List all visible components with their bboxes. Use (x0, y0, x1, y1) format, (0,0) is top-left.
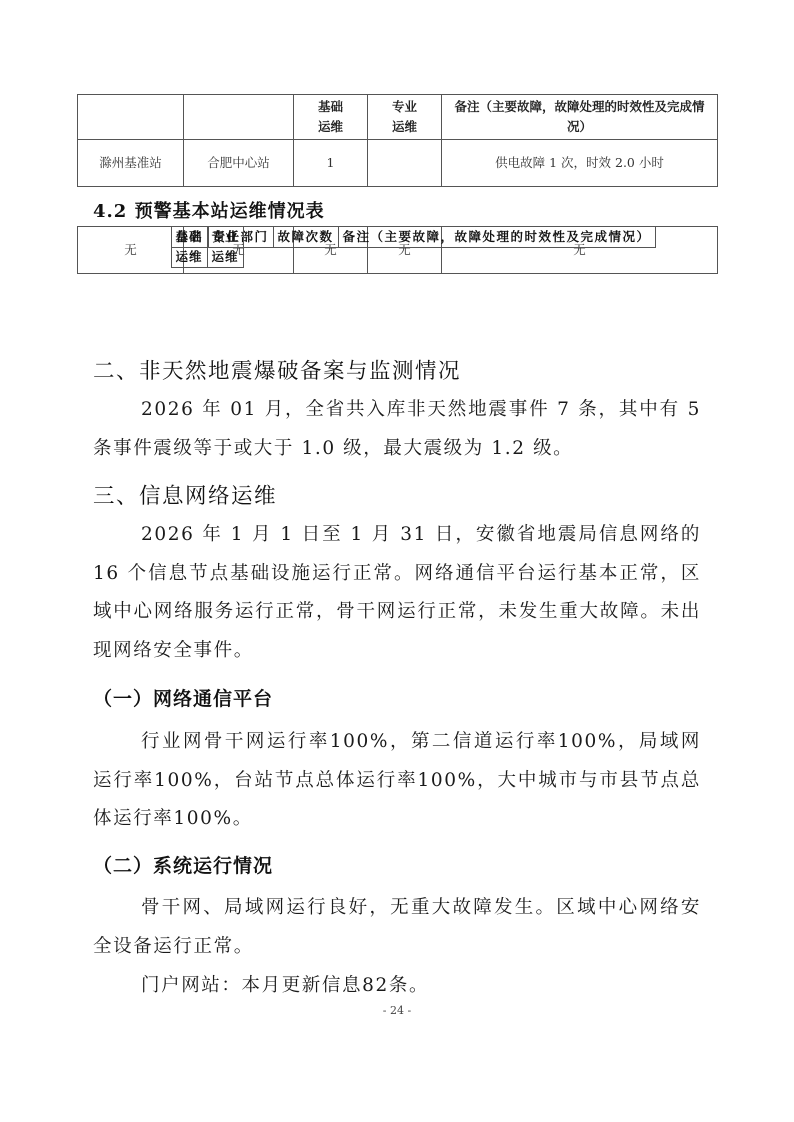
header-remarks: 备注（主要故障，故障处理的时效性及完成情况） (442, 95, 718, 140)
table-caption: 4.2 预警基本站运维情况表 (93, 197, 325, 223)
paragraph-blasting: 2026 年 01 月，全省共入库非天然地震事件 7 条，其中有 5 条事件震级… (93, 391, 701, 468)
header-professional-maintenance: 专业 运维 (207, 227, 243, 268)
subsection-heading-platform: （一）网络通信平台 (93, 684, 273, 711)
header-basic-maintenance: 基础 运维 (294, 95, 368, 140)
table-header-row: 基础 运维 专业 运维 备注（主要故障，故障处理的时效性及完成情况） (78, 95, 718, 140)
header-department (184, 95, 294, 140)
header-basic-maintenance-text: 基础 运维 (176, 229, 203, 264)
table-subheader-row: 基础 运维 专业 运维 (171, 226, 244, 270)
header-remarks: 备注（主要故障，故障处理的时效性及完成情况） (338, 227, 655, 248)
warning-station-maintenance-table: 台名 责任部门 故障次数 备注（主要故障，故障处理的时效性及完成情况） 基础 运… (77, 226, 718, 274)
paragraph-portal: 门户网站：本月更新信息82条。 (93, 967, 701, 1006)
paragraph-platform: 行业网骨干网运行率100%，第二信道运行率100%，局域网运行率100%，台站节… (93, 723, 701, 839)
cell-station: 滁州基准站 (78, 140, 184, 187)
cell-professional-maintenance (368, 140, 442, 187)
header-fault-count: 故障次数 (273, 227, 338, 248)
station-maintenance-table-continued: 基础 运维 专业 运维 备注（主要故障，故障处理的时效性及完成情况） 滁州基准站… (77, 94, 718, 187)
header-basic-maintenance: 基础 运维 (171, 227, 207, 268)
subsection-heading-system: （二）系统运行情况 (93, 851, 273, 878)
cell-remarks: 供电故障 1 次，时效 2.0 小时 (442, 140, 718, 187)
paragraph-system: 骨干网、局域网运行良好，无重大故障发生。区域中心网络安全设备运行正常。 (93, 889, 701, 966)
header-station (78, 95, 184, 140)
header-basic-maintenance-text: 基础 运维 (318, 99, 343, 134)
paragraph-network: 2026 年 1 月 1 日至 1 月 31 日，安徽省地震局信息网络的 16 … (93, 516, 701, 670)
section-heading-blasting: 二、非天然地震爆破备案与监测情况 (93, 354, 461, 385)
table-row: 滁州基准站 合肥中心站 1 供电故障 1 次，时效 2.0 小时 (78, 140, 718, 187)
section-heading-network: 三、信息网络运维 (93, 479, 277, 510)
header-professional-maintenance-text: 专业 运维 (212, 229, 239, 264)
header-professional-maintenance-text: 专业 运维 (392, 99, 417, 134)
cell-department: 合肥中心站 (184, 140, 294, 187)
header-professional-maintenance: 专业 运维 (368, 95, 442, 140)
page-number: - 24 - (0, 1004, 794, 1017)
cell-station: 无 (78, 227, 184, 274)
cell-basic-maintenance: 1 (294, 140, 368, 187)
